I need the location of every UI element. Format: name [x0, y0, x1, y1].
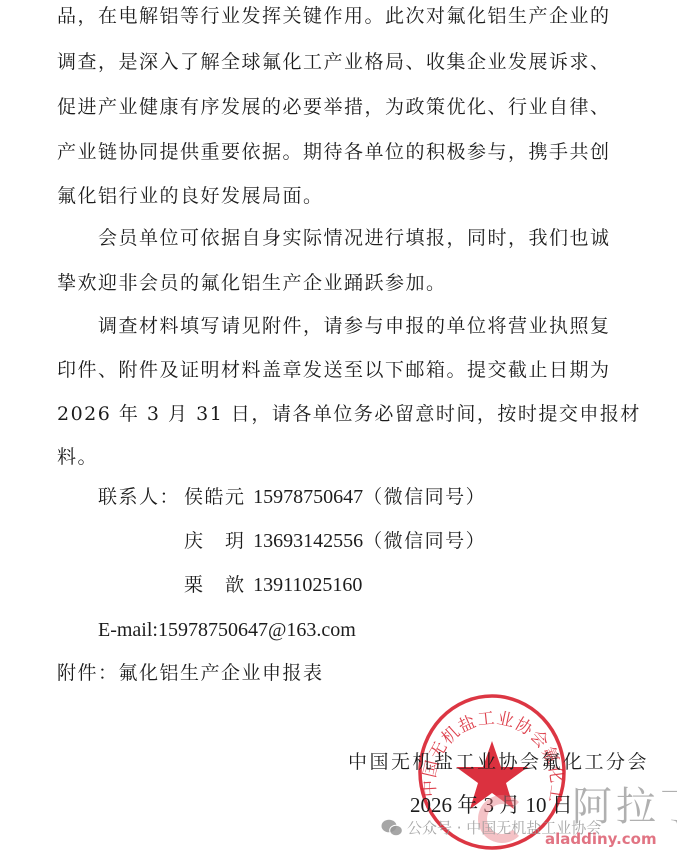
wechat-watermark: 公众号 · 中国无机盐工业协会 [381, 817, 601, 838]
email-line: E-mail:15978750647@163.com [98, 618, 356, 642]
contact-label: 联系人： [98, 485, 180, 509]
brand-watermark: 阿拉丁 [572, 775, 677, 832]
svg-text:中国无机盐工业协会氟化工分会: 中国无机盐工业协会氟化工分会 [416, 693, 567, 805]
contact-row-1: 侯皓元 15978750647（微信同号） [184, 485, 486, 509]
contact-name: 庆 玥 [184, 530, 246, 552]
contact-name: 栗 歆 [184, 574, 246, 596]
site-watermark: aladdiny.com [545, 830, 657, 848]
materials-line-1: 调查材料填写请见附件，请参与申报的单位将营业执照复 [98, 314, 611, 338]
materials-line-2: 印件、附件及证明材料盖章发送至以下邮箱。提交截止日期为 [57, 358, 611, 382]
signature-date: 2026 年 3 月 10 日 [410, 793, 573, 817]
intro-line-1: 品，在电解铝等行业发挥关键作用。此次对氟化铝生产企业的 [57, 4, 611, 28]
contact-note: （微信同号） [363, 530, 486, 552]
contact-phone: 13693142556 [253, 530, 363, 552]
contact-phone: 15978750647 [253, 486, 363, 508]
wechat-icon [381, 819, 403, 837]
contact-row-3: 栗 歆 13911025160 [184, 573, 362, 597]
materials-line-3: 2026 年 3 月 31 日，请各单位务必留意时间，按时提交申报材 [57, 402, 641, 426]
email-label: E-mail: [98, 619, 158, 641]
email-address[interactable]: 15978750647@163.com [158, 619, 356, 641]
contact-name: 侯皓元 [184, 486, 246, 508]
members-line-1: 会员单位可依据自身实际情况进行填报，同时，我们也诚 [98, 226, 611, 250]
materials-line-4: 料。 [57, 445, 98, 469]
attachment-line: 附件：氟化铝生产企业申报表 [57, 661, 324, 685]
seal-ring-text: 中国无机盐工业协会氟化工分会 [416, 693, 567, 805]
intro-line-4: 产业链协同提供重要依据。期待各单位的积极参与，携手共创 [57, 140, 611, 164]
signature-organization: 中国无机盐工业协会氟化工分会 [348, 750, 649, 774]
contact-phone: 13911025160 [253, 574, 362, 596]
members-line-2: 挚欢迎非会员的氟化铝生产企业踊跃参加。 [57, 271, 447, 295]
intro-line-3: 促进产业健康有序发展的必要举措，为政策优化、行业自律、 [57, 95, 611, 119]
contact-row-2: 庆 玥 13693142556（微信同号） [184, 529, 486, 553]
contact-note: （微信同号） [363, 486, 486, 508]
intro-line-5: 氟化铝行业的良好发展局面。 [57, 184, 324, 208]
wechat-account-text: 公众号 · 中国无机盐工业协会 [407, 817, 601, 838]
intro-line-2: 调查，是深入了解全球氟化工产业格局、收集企业发展诉求、 [57, 50, 611, 74]
